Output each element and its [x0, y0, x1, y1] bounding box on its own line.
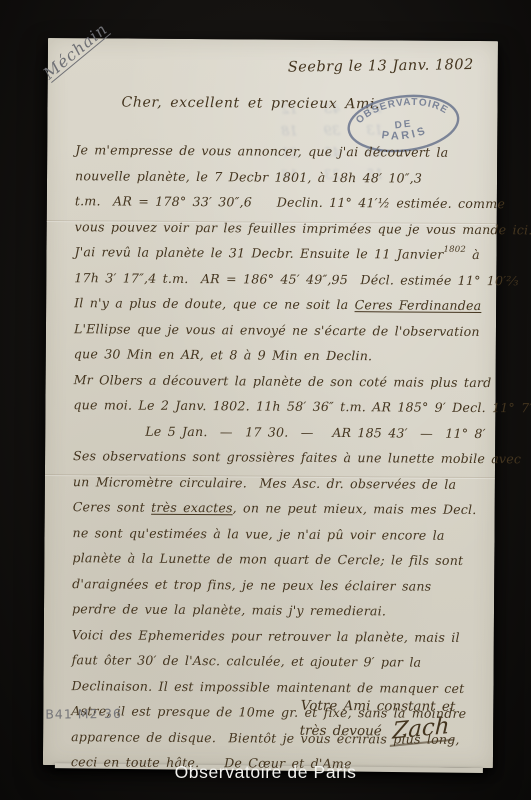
letter-line: nouvelle planète, le 7 Decbr 1801, à 18h…: [75, 161, 487, 189]
letter-line: d'araignées et trop fins, je ne peux les…: [72, 569, 484, 597]
pencil-annotation-recipient: Méchain: [40, 19, 112, 83]
letter-line: planète à la Lunette de mon quart de Cer…: [72, 543, 484, 571]
letter-page: 18 13 19 1543 39 45 2312 18 21 16 Méchai…: [43, 38, 498, 768]
signature-zach: Zach: [389, 714, 455, 747]
letter-line: L'Ellipse que je vous ai envoyé ne s'éca…: [74, 314, 486, 342]
letter-line: Mr Olbers a découvert la planète de son …: [74, 365, 486, 393]
letter-line: faut ôter 30′ de l'Asc. calculée, et ajo…: [72, 645, 484, 673]
archive-reference-number: B41 M2-36: [45, 706, 122, 722]
letter-line: un Micromètre circulaire. Mes Asc. dr. o…: [73, 467, 485, 495]
letter-line: ne sont qu'estimées à la vue, je n'ai pû…: [72, 518, 484, 546]
letter-line: que moi. Le 2 Janv. 1802. 11h 58′ 36″ t.…: [73, 390, 485, 418]
closing-block: Votre Ami constant et très devouéZach: [300, 695, 456, 744]
letter-line: Voici des Ephemerides pour retrouver la …: [72, 620, 484, 648]
letter-line: J'ai revû la planète le 31 Decbr. Ensuit…: [74, 237, 486, 265]
letter-line: t.m. AR = 178° 33′ 30″,6 Declin. 11° 41′…: [75, 186, 487, 214]
letter-line: Le 5 Jan. — 17 30. — AR 185 43′ — 11° 8′: [73, 416, 485, 444]
letter-body: Je m'empresse de vous annoncer, que j'ai…: [71, 135, 487, 775]
letter-line: Il n'y a plus de doute, que ce ne soit l…: [74, 288, 486, 316]
photo-caption: Observatoire de Paris: [0, 762, 531, 783]
letter-line: Ceres sont très exactes, on ne peut mieu…: [73, 492, 485, 520]
letter-line: que 30 Min en AR, et 8 à 9 Min en Declin…: [74, 339, 486, 367]
photo-mat: 18 13 19 1543 39 45 2312 18 21 16 Méchai…: [0, 0, 531, 800]
letter-line: 17h 3′ 17″,4 t.m. AR = 186° 45′ 49″,95 D…: [74, 263, 486, 291]
letter-line: Ses observations sont grossières faites …: [73, 441, 485, 469]
closing-line: très devouéZach: [300, 717, 456, 744]
letter-line: perdre de vue la planète, mais j'y remed…: [72, 594, 484, 622]
dateline: Seebrg le 13 Janv. 1802: [288, 57, 474, 76]
letter-line: vous pouvez voir par les feuilles imprim…: [75, 212, 487, 240]
letter-line: Je m'empresse de vous annoncer, que j'ai…: [75, 135, 487, 163]
